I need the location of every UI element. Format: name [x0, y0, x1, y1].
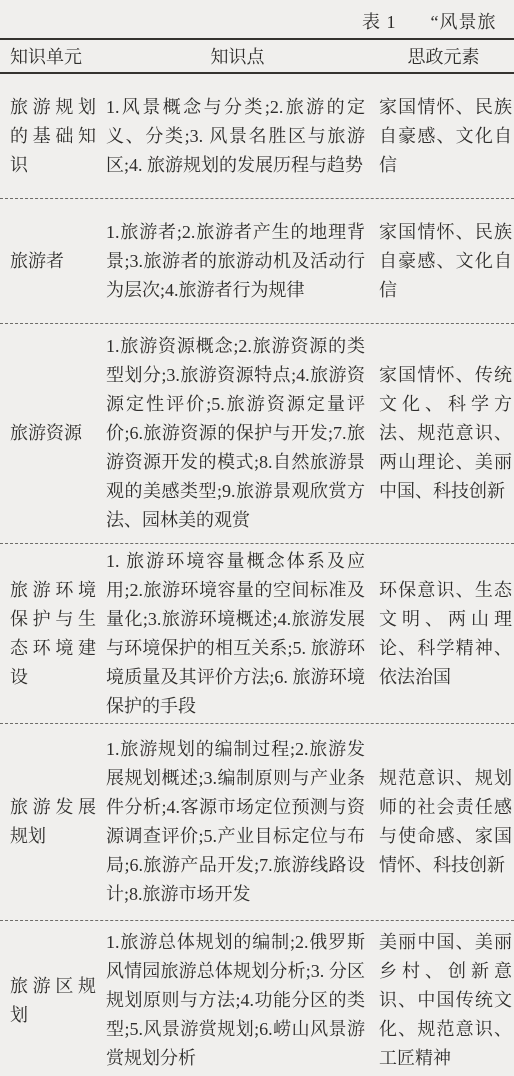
points-cell: 1.旅游资源概念;2.旅游资源的类型划分;3.旅游资源特点;4.旅游资源定性评价… — [102, 324, 373, 543]
table-caption-label: 表 1 — [362, 12, 397, 32]
unit-cell: 旅游规划的基础知识 — [0, 74, 102, 198]
header-ideological-elements: 思政元素 — [373, 40, 514, 72]
elements-cell: 规范意识、规划师的社会责任感与使命感、家国情怀、科技创新 — [373, 724, 514, 920]
unit-cell: 旅游区规划 — [0, 921, 102, 1076]
elements-text: 规范意识、规划师的社会责任感与使命感、家国情怀、科技创新 — [379, 764, 512, 880]
elements-cell: 家国情怀、传统文化、科学方法、规范意识、两山理论、美丽中国、科技创新 — [373, 324, 514, 543]
knowledge-table: 知识单元 知识点 思政元素 旅游规划的基础知识 1.风景概念与分类;2.旅游的定… — [0, 38, 514, 1076]
header-knowledge-points: 知识点 — [102, 40, 373, 72]
points-cell: 1. 旅游环境容量概念体系及应用;2.旅游环境容量的空间标准及量化;3.旅游环境… — [102, 544, 373, 723]
table-row: 旅游规划的基础知识 1.风景概念与分类;2.旅游的定义、分类;3. 风景名胜区与… — [0, 74, 514, 199]
unit-text: 旅游环境保护与生态环境建设 — [10, 576, 96, 692]
points-cell: 1.风景概念与分类;2.旅游的定义、分类;3. 风景名胜区与旅游区;4. 旅游规… — [102, 74, 373, 198]
elements-text: 家国情怀、民族自豪感、文化自信 — [379, 218, 512, 305]
elements-cell: 家国情怀、民族自豪感、文化自信 — [373, 199, 514, 323]
table-row: 旅游区规划 1.旅游总体规划的编制;2.俄罗斯风情园旅游总体规划分析;3. 分区… — [0, 921, 514, 1076]
table-row: 旅游资源 1.旅游资源概念;2.旅游资源的类型划分;3.旅游资源特点;4.旅游资… — [0, 324, 514, 544]
table-row: 旅游环境保护与生态环境建设 1. 旅游环境容量概念体系及应用;2.旅游环境容量的… — [0, 544, 514, 724]
points-text: 1.风景概念与分类;2.旅游的定义、分类;3. 风景名胜区与旅游区;4. 旅游规… — [106, 93, 365, 180]
elements-text: 家国情怀、传统文化、科学方法、规范意识、两山理论、美丽中国、科技创新 — [379, 361, 512, 506]
points-text: 1.旅游者;2.旅游者产生的地理背景;3.旅游者的旅游动机及活动行为层次;4.旅… — [106, 218, 365, 305]
elements-cell: 环保意识、生态文明、两山理论、科学精神、依法治国 — [373, 544, 514, 723]
points-cell: 1.旅游总体规划的编制;2.俄罗斯风情园旅游总体规划分析;3. 分区规划原则与方… — [102, 921, 373, 1076]
elements-text: 环保意识、生态文明、两山理论、科学精神、依法治国 — [379, 576, 512, 692]
header-knowledge-unit: 知识单元 — [0, 40, 102, 72]
points-text: 1.旅游总体规划的编制;2.俄罗斯风情园旅游总体规划分析;3. 分区规划原则与方… — [106, 928, 365, 1073]
points-text: 1.旅游资源概念;2.旅游资源的类型划分;3.旅游资源特点;4.旅游资源定性评价… — [106, 332, 365, 535]
unit-text: 旅游规划的基础知识 — [10, 93, 96, 180]
unit-text: 旅游区规划 — [10, 972, 96, 1030]
points-text: 1. 旅游环境容量概念体系及应用;2.旅游环境容量的空间标准及量化;3.旅游环境… — [106, 547, 365, 721]
table-caption: 表 1“风景旅 — [362, 8, 497, 34]
table-caption-title-fragment: “风景旅 — [431, 12, 497, 32]
points-cell: 1.旅游者;2.旅游者产生的地理背景;3.旅游者的旅游动机及活动行为层次;4.旅… — [102, 199, 373, 323]
unit-text: 旅游者 — [10, 247, 96, 276]
unit-cell: 旅游环境保护与生态环境建设 — [0, 544, 102, 723]
table-row: 旅游者 1.旅游者;2.旅游者产生的地理背景;3.旅游者的旅游动机及活动行为层次… — [0, 199, 514, 324]
unit-cell: 旅游者 — [0, 199, 102, 323]
paper-page: 表 1“风景旅 知识单元 知识点 思政元素 旅游规划的基础知识 1.风景概念与分… — [0, 0, 514, 1076]
elements-cell: 美丽中国、美丽乡村、创新意识、中国传统文化、规范意识、工匠精神 — [373, 921, 514, 1076]
elements-text: 家国情怀、民族自豪感、文化自信 — [379, 93, 512, 180]
unit-cell: 旅游资源 — [0, 324, 102, 543]
table-row: 旅游发展规划 1.旅游规划的编制过程;2.旅游发展规划概述;3.编制原则与产业条… — [0, 724, 514, 921]
unit-text: 旅游资源 — [10, 419, 96, 448]
points-cell: 1.旅游规划的编制过程;2.旅游发展规划概述;3.编制原则与产业条件分析;4.客… — [102, 724, 373, 920]
unit-cell: 旅游发展规划 — [0, 724, 102, 920]
unit-text: 旅游发展规划 — [10, 793, 96, 851]
elements-cell: 家国情怀、民族自豪感、文化自信 — [373, 74, 514, 198]
points-text: 1.旅游规划的编制过程;2.旅游发展规划概述;3.编制原则与产业条件分析;4.客… — [106, 735, 365, 909]
table-header-row: 知识单元 知识点 思政元素 — [0, 40, 514, 74]
elements-text: 美丽中国、美丽乡村、创新意识、中国传统文化、规范意识、工匠精神 — [379, 928, 512, 1073]
